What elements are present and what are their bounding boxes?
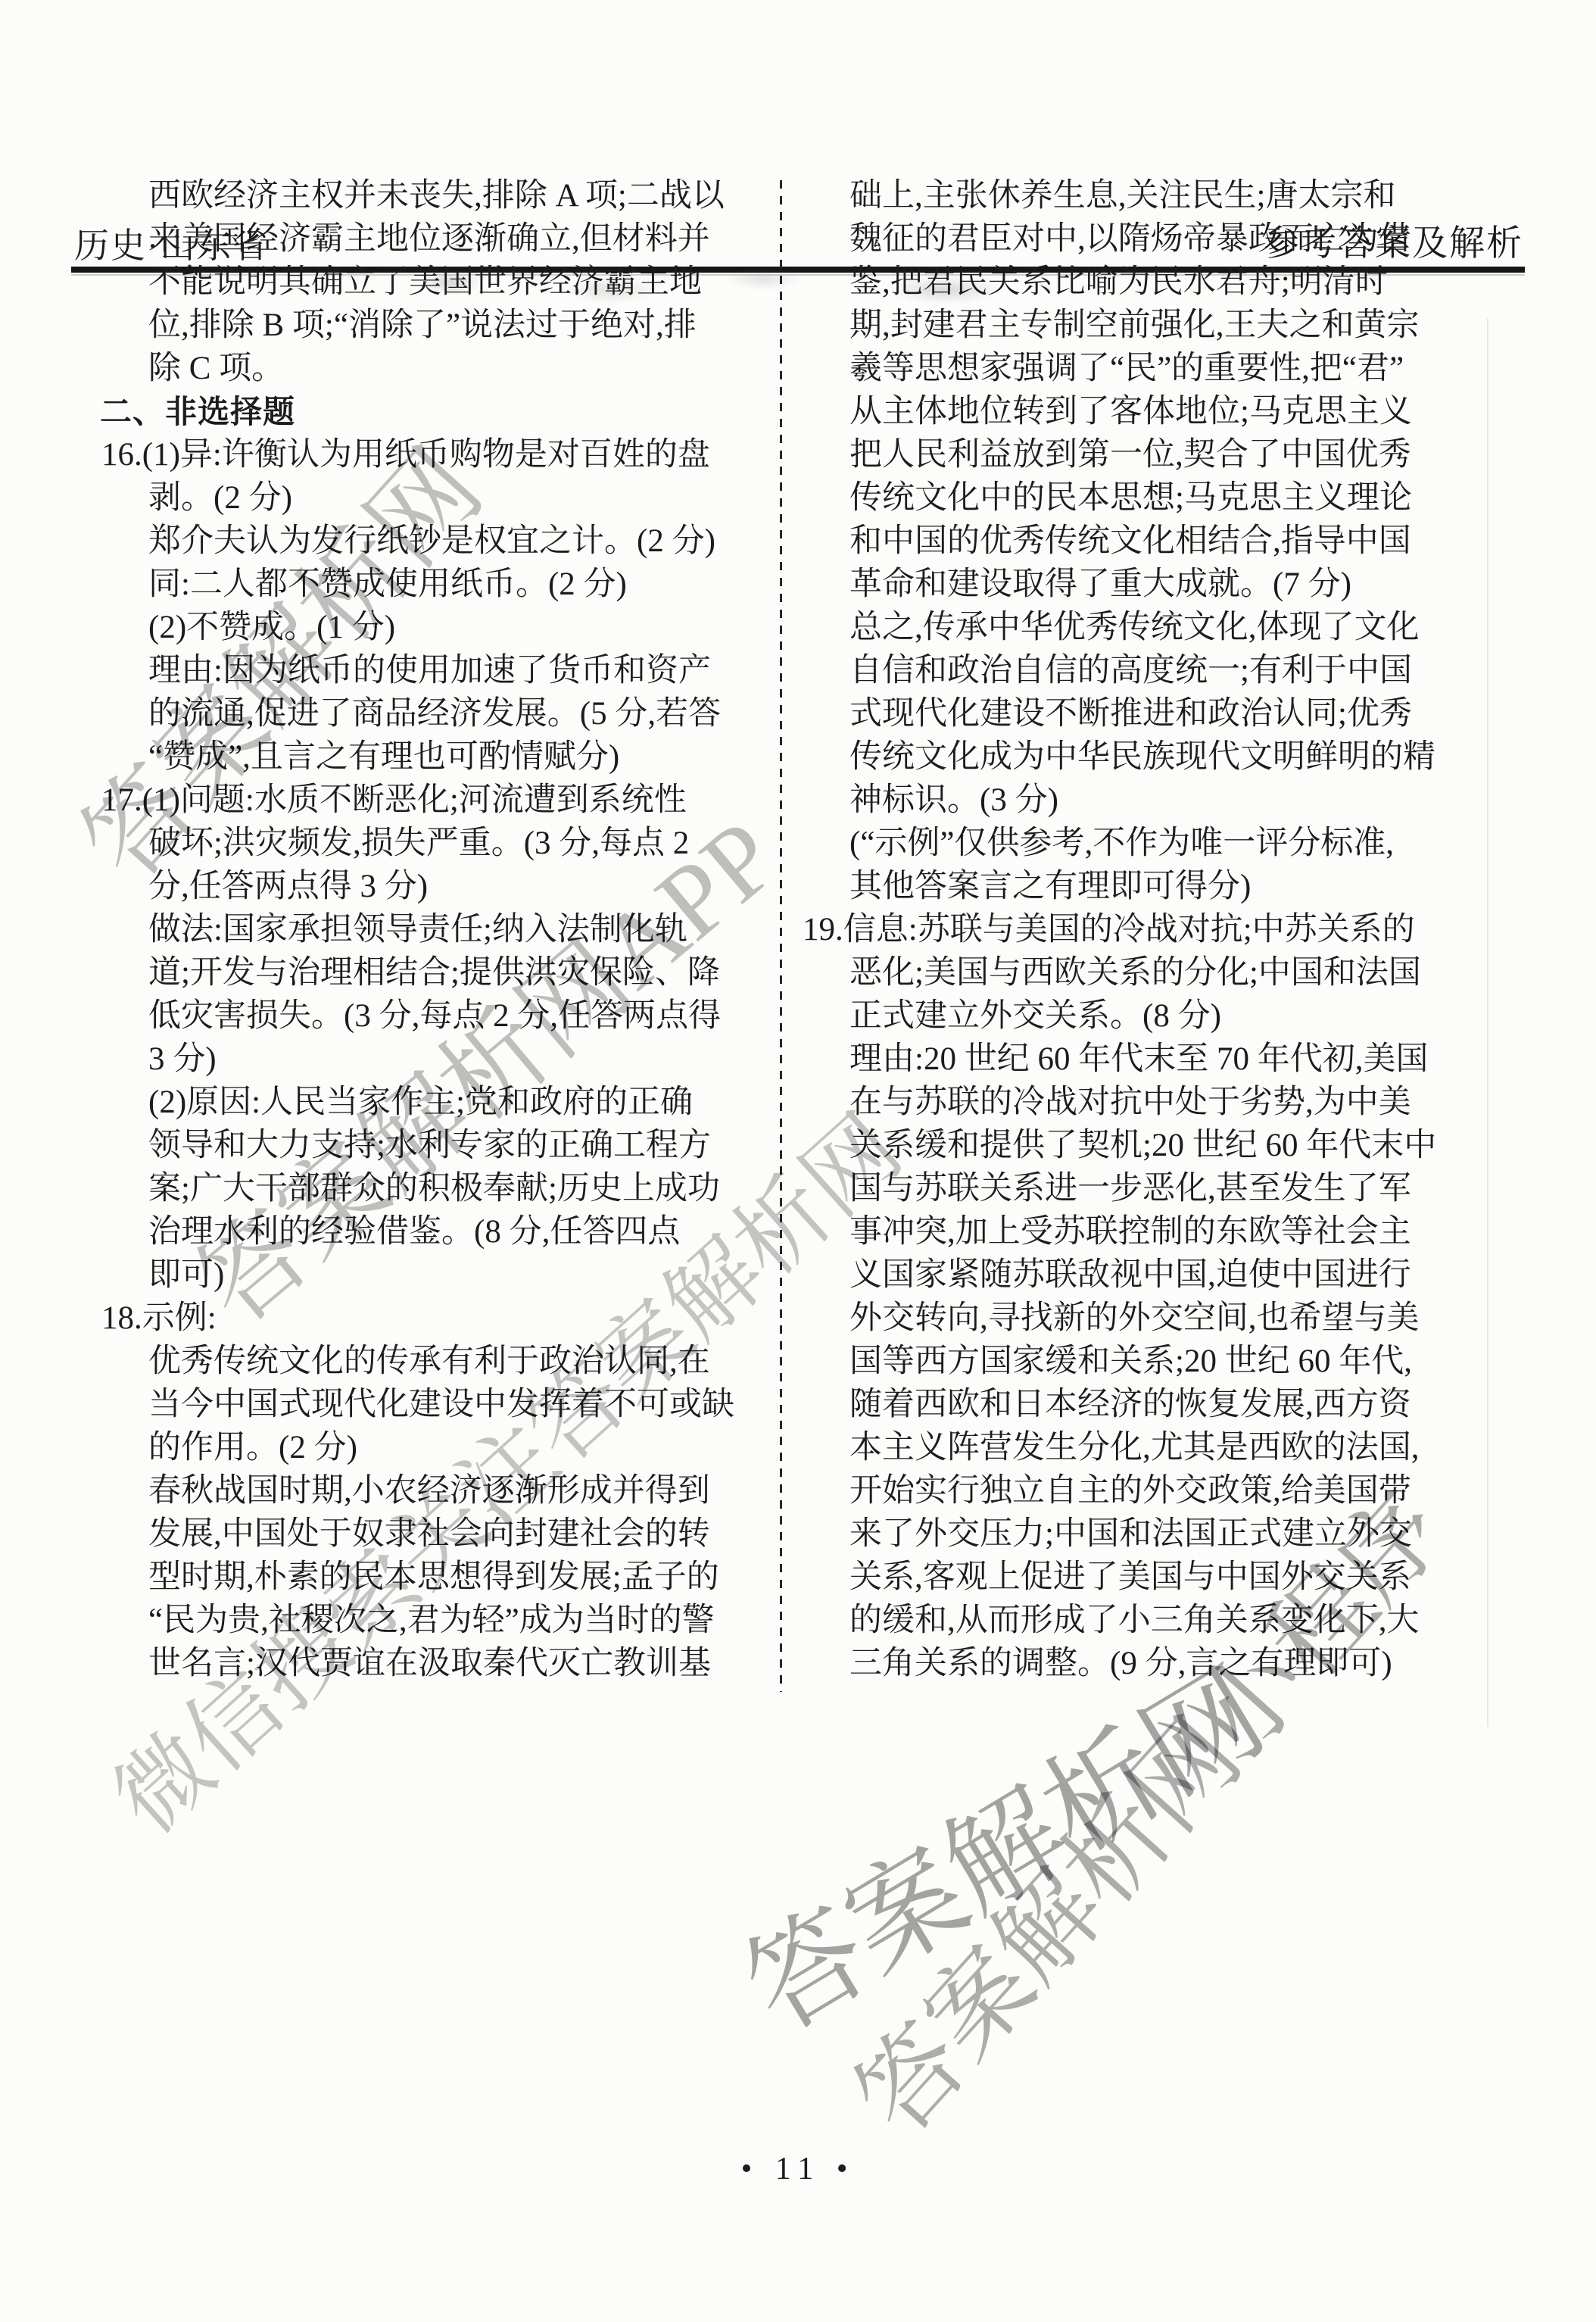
text-line: 三角关系的调整。(9 分,言之有理即可): [849, 1642, 1520, 1685]
text-line: 正式建立外交关系。(8 分): [849, 994, 1520, 1038]
text-line: 二、非选择题: [148, 390, 788, 433]
text-line: 传统文化中的民本思想;马克思主义理论: [849, 476, 1520, 520]
text-line: (2)不赞成。(1 分): [148, 606, 788, 649]
text-line: 础上,主张休养生息,关注民生;唐太宗和: [849, 174, 1520, 217]
text-line: 17.(1)问题:水质不断恶化;河流遭到系统性: [148, 779, 788, 822]
text-line: 国与苏联关系进一步恶化,甚至发生了军: [849, 1167, 1520, 1210]
text-line: 关系缓和提供了契机;20 世纪 60 年代末中: [849, 1124, 1520, 1167]
watermark-text: 答案解析网: [711, 1624, 1289, 2061]
text-line: 国等西方国家缓和关系;20 世纪 60 年代,: [849, 1340, 1520, 1383]
text-line: 恶化;美国与西欧关系的分化;中国和法国: [849, 951, 1520, 994]
text-line: 革命和建设取得了重大成就。(7 分): [849, 563, 1520, 606]
text-line: 3 分): [148, 1038, 788, 1081]
text-line: “赞成”,且言之有理也可酌情赋分): [148, 735, 788, 779]
text-line: 同:二人都不赞成使用纸币。(2 分): [148, 563, 788, 606]
text-line: 随着西欧和日本经济的恢复发展,西方资: [849, 1383, 1520, 1426]
text-line: 期,封建君主专制空前强化,王夫之和黄宗: [849, 304, 1520, 347]
text-line: “民为贵,社稷次之,君为轻”成为当时的警: [148, 1599, 788, 1642]
text-line: 鉴,把君民关系比喻为民水君舟;明清时: [849, 261, 1520, 304]
text-line: 义国家紧随苏联敌视中国,迫使中国进行: [849, 1253, 1520, 1297]
text-line: 低灾害损失。(3 分,每点 2 分,任答两点得: [148, 994, 788, 1038]
scanned-answer-page: 历史·山东省 参考答案及解析 西欧经济主权并未丧失,排除 A 项;二战以来美国经…: [0, 0, 1596, 2322]
text-line: 当今中国式现代化建设中发挥着不可或缺: [148, 1383, 788, 1426]
text-line: (“示例”仅供参考,不作为唯一评分标准,: [849, 822, 1520, 865]
text-line: 在与苏联的冷战对抗中处于劣势,为中美: [849, 1081, 1520, 1124]
text-line: 式现代化建设不断推进和政治认同;优秀: [849, 692, 1520, 735]
text-line: (2)原因:人民当家作主;党和政府的正确: [148, 1081, 788, 1124]
right-column: 础上,主张休养生息,关注民生;唐太宗和魏征的君臣对中,以隋炀帝暴政而亡为借鉴,把…: [849, 174, 1520, 1685]
text-line: 理由:因为纸币的使用加速了货币和资产: [148, 649, 788, 692]
text-line: 除 C 项。: [148, 347, 788, 390]
page-number: • 11 •: [0, 2151, 1596, 2187]
text-line: 做法:国家承担领导责任;纳入法制化轨: [148, 908, 788, 951]
text-line: 总之,传承中华优秀传统文化,体现了文化: [849, 606, 1520, 649]
text-line: 优秀传统文化的传承有利于政治认同,在: [148, 1340, 788, 1383]
text-line: 其他答案言之有理即可得分): [849, 865, 1520, 908]
text-line: 自信和政治自信的高度统一;有利于中国: [849, 649, 1520, 692]
text-line: 羲等思想家强调了“民”的重要性,把“君”: [849, 347, 1520, 390]
text-line: 来美国经济霸主地位逐渐确立,但材料并: [148, 217, 788, 261]
text-line: 传统文化成为中华民族现代文明鲜明的精: [849, 735, 1520, 779]
text-line: 型时期,朴素的民本思想得到发展;孟子的: [148, 1556, 788, 1599]
text-line: 19.信息:苏联与美国的冷战对抗;中苏关系的: [849, 908, 1520, 951]
text-line: 发展,中国处于奴隶社会向封建社会的转: [148, 1512, 788, 1556]
text-line: 西欧经济主权并未丧失,排除 A 项;二战以: [148, 174, 788, 217]
text-line: 的缓和,从而形成了小三角关系变化下,大: [849, 1599, 1520, 1642]
text-line: 郑介夫认为发行纸钞是权宜之计。(2 分): [148, 520, 788, 563]
text-line: 理由:20 世纪 60 年代末至 70 年代初,美国: [849, 1038, 1520, 1081]
text-line: 和中国的优秀传统文化相结合,指导中国: [849, 520, 1520, 563]
text-line: 的流通,促进了商品经济发展。(5 分,若答: [148, 692, 788, 735]
text-line: 的作用。(2 分): [148, 1426, 788, 1469]
text-line: 案;广大干部群众的积极奉献;历史上成功: [148, 1167, 788, 1210]
text-line: 从主体地位转到了客体地位;马克思主义: [849, 390, 1520, 433]
text-line: 本主义阵营发生分化,尤其是西欧的法国,: [849, 1426, 1520, 1469]
left-column: 西欧经济主权并未丧失,排除 A 项;二战以来美国经济霸主地位逐渐确立,但材料并不…: [148, 174, 788, 1685]
text-line: 分,任答两点得 3 分): [148, 865, 788, 908]
text-line: 事冲突,加上受苏联控制的东欧等社会主: [849, 1210, 1520, 1253]
text-line: 神标识。(3 分): [849, 779, 1520, 822]
text-line: 18.示例:: [148, 1297, 788, 1340]
text-line: 春秋战国时期,小农经济逐渐形成并得到: [148, 1469, 788, 1512]
text-line: 剥。(2 分): [148, 476, 788, 520]
text-line: 道;开发与治理相结合;提供洪灾保险、降: [148, 951, 788, 994]
text-line: 破坏;洪灾频发,损失严重。(3 分,每点 2: [148, 822, 788, 865]
text-line: 即可): [148, 1253, 788, 1297]
text-line: 16.(1)异:许衡认为用纸币购物是对百姓的盘: [148, 433, 788, 476]
text-line: 领导和大力支持;水利专家的正确工程方: [148, 1124, 788, 1167]
text-line: 外交转向,寻找新的外交空间,也希望与美: [849, 1297, 1520, 1340]
text-line: 治理水利的经验借鉴。(8 分,任答四点: [148, 1210, 788, 1253]
text-line: 魏征的君臣对中,以隋炀帝暴政而亡为借: [849, 217, 1520, 261]
text-line: 世名言;汉代贾谊在汲取秦代灭亡教训基: [148, 1642, 788, 1685]
text-line: 开始实行独立自主的外交政策,给美国带: [849, 1469, 1520, 1512]
text-line: 把人民利益放到第一位,契合了中国优秀: [849, 433, 1520, 476]
text-line: 不能说明其确立了美国世界经济霸主地: [148, 261, 788, 304]
text-line: 关系,客观上促进了美国与中国外交关系: [849, 1556, 1520, 1599]
text-line: 来了外交压力;中国和法国正式建立外交: [849, 1512, 1520, 1556]
text-line: 位,排除 B 项;“消除了”说法过于绝对,排: [148, 304, 788, 347]
